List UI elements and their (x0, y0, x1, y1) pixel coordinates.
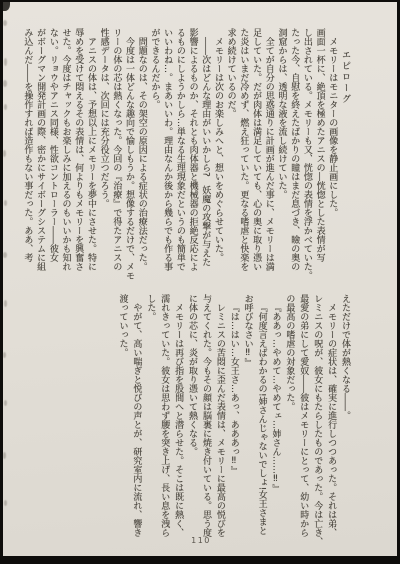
scan-smudge (3, 150, 6, 157)
text-line: メモリーはモニターの画像を静止画にした。 (326, 28, 339, 293)
text-line: 濡れきっていた。彼女は思わず腰を突き上げ、長い息を洩ら (156, 294, 170, 544)
dialogue-line: お呼びなさい‼』 (240, 294, 254, 544)
scan-smudge (3, 80, 7, 87)
text-line: 画面一杯に、絶頂を極めたアニスの―恍惚とした表情が写 (313, 28, 326, 284)
text-line: えただけで体が熱くなる――。 (337, 294, 351, 544)
text-line: 影響によるものか、それとも肉体器と機械器の拒絶反応によ (186, 28, 199, 284)
scan-smudge (3, 452, 6, 459)
text-line: ――次はどんな理由がいいかしら? 妖魔の攻撃が与えた (199, 28, 212, 293)
text-line: せた。今度はチャックもお楽しみに加えるのもいいかも知れ (59, 28, 72, 284)
text-line: メモリーの症状は、確実に進行しつつあった。それは弟、 (323, 294, 337, 553)
text-line: がボーグマン開発計画の際、密かにサイボーグシステムに組 (33, 28, 46, 284)
dialogue-line: 『何度言えばわかるの!姉さんじゃないでしょ!女王さまと (254, 294, 268, 553)
book-page: エピローグ メモリーはモニターの画像を静止画にした。 画面一杯に、絶頂を極めたア… (3, 2, 397, 556)
scan-smudge (4, 58, 7, 66)
text-line: ない。リョウやアニス同様、性欲コントローラー――彼女 (46, 28, 59, 284)
text-line: に体の芯に、炎が取り憑いて熱くなる。 (184, 294, 198, 544)
text-line: ができるんだから。 (148, 28, 161, 284)
text-line: 全てが自分の思惑通りに計画が進んだ事に、メモリーは満 (262, 28, 275, 293)
text-line: 与えてくれた。今もその顔は脳裏に焼き付いている。思う度 (198, 294, 212, 544)
text-line: たった今、自慰を終えたばかりの瞳はまだ息づき、瞼の奥の (287, 28, 300, 284)
text-line: やがて、高い喘ぎと悦びの声とが、研究室内に流れ、響き (129, 294, 143, 553)
text-line: 性感データは、次回には充分役立つだろう。 (97, 28, 110, 284)
text-line: るものにしようかしら…単なる生理現象だというのも簡単で (173, 28, 186, 284)
text-line: み込んだ――を操作すれば造作もない事だった。ああ、考 (21, 28, 34, 284)
text-line: し出されている。メモリーも又、恍惚の表情を浮かべていた。 (300, 28, 313, 284)
text-line: 最愛の弟にして愛奴――彼はメモリーにとって、幼い時から (295, 294, 309, 544)
scan-smudge (3, 20, 7, 26)
dialogue-line: 『ああっ…やめて…やめてェ…姉さん……‼』 (268, 294, 282, 553)
epilogue-title: エピローグ (338, 28, 351, 306)
text-line: した。 (142, 294, 156, 544)
scan-smudge (4, 500, 7, 506)
scan-smudge (4, 300, 7, 307)
text-line: の最高の嗜虐の対象だった。 (281, 294, 295, 544)
text-line: メモリーは次のお楽しみへと、想いをめぐらせていた。 (211, 28, 224, 293)
dialogue-line: 『は…はい…女王さ…あっ、あああっ‼』 (226, 294, 240, 553)
scan-smudge (4, 400, 7, 406)
scan-corner-mark (3, 2, 10, 11)
text-line: 問題なのは、その架空の原因による症状の治療法だった。 (135, 28, 148, 293)
scan-smudge (4, 104, 7, 110)
scan-smudge (3, 352, 6, 358)
text-line: リーの体の芯は熱くなった。今回の『治療』で得たアニスの (110, 28, 123, 284)
scan-smudge (4, 200, 7, 206)
text-line: いいわね…。まあいいわ。理由なんか後から幾らでも作る事 (160, 28, 173, 284)
text-line: メモリーは再び指を股間へと潜らせた。そこは既に熱く、 (170, 294, 184, 553)
text-line: 求め続けているのだ。 (224, 28, 237, 284)
text-line: 渡っていった。 (115, 294, 129, 544)
text-block-top: エピローグ メモリーはモニターの画像を静止画にした。 画面一杯に、絶頂を極めたア… (5, 28, 351, 284)
text-line: 辱めを受けて悶えるその表情は、何よりもメモリーを興奮さ (72, 28, 85, 284)
scan-smudge (3, 252, 7, 258)
text-line: 今度は一体どんな趣向で愉しもうか。想像するだけで、メモ (122, 28, 135, 293)
text-line: レミニスの呪が、彼女にもたらしたものであった。今は亡き、 (309, 294, 323, 544)
text-line: た炎はいまだ冷めず、燃え狂っていた。更なる嗜虐と快楽を (237, 28, 250, 284)
text-line: 足していた。だが肉体は満足していても、心の奥に取り憑い (249, 28, 262, 284)
text-line: レミニスの苦悶に歪んだ表情は、メモリーに最高の悦びを (212, 294, 226, 553)
text-line: 洞窟からは、透明な液を流し続けていた。 (275, 28, 288, 284)
page-number: 110 (184, 536, 218, 545)
text-line: アニスの体は、予想以上にメモリーを夢中にさせた。特に (84, 28, 97, 293)
text-block-bottom: えただけで体が熱くなる――。 メモリーの症状は、確実に進行しつつあった。それは弟… (111, 294, 351, 544)
